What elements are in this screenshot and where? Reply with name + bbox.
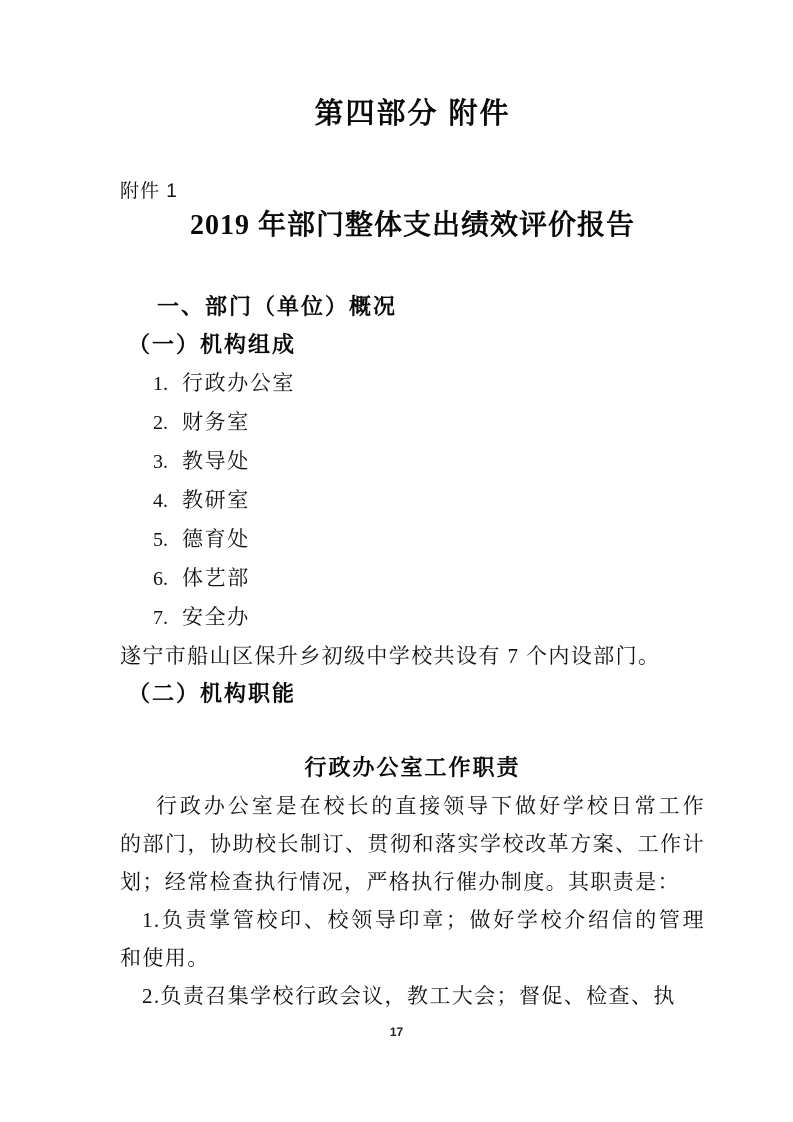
org-item-number: 3. [153,443,168,481]
org-item-name: 财务室 [182,410,250,434]
duty-intro-line: 行政办公室是在校长的直接领导下做好学校日常工作 [120,787,705,825]
page-number: 17 [0,1024,793,1040]
org-item-number: 6. [153,560,168,598]
report-title: 2019 年部门整体支出绩效评价报告 [120,206,705,246]
org-item-number: 2. [153,404,168,442]
section-heading-overview: 一、部门（单位）概况 [120,288,705,326]
duty-item-1-line: 和使用。 [120,939,705,977]
org-list-item: 7.安全办 [120,598,705,637]
duty-intro-line: 划；经常检查执行情况，严格执行催办制度。其职责是： [120,863,705,901]
org-list-item: 4.教研室 [120,481,705,520]
org-item-name: 行政办公室 [182,371,295,395]
org-item-number: 5. [153,521,168,559]
org-item-name: 教研室 [182,488,250,512]
org-summary-line: 遂宁市船山区保升乡初级中学校共设有 7 个内设部门。 [120,637,705,675]
duty-item-2-line: 2.负责召集学校行政会议，教工大会；督促、检查、执 [120,977,705,1015]
org-item-name: 体艺部 [182,566,250,590]
org-item-name: 德育处 [182,527,250,551]
attachment-label: 附件 1 [120,178,705,206]
org-list-item: 3.教导处 [120,442,705,481]
part-heading: 第四部分 附件 [120,96,705,132]
duty-intro-line: 的部门，协助校长制订、贯彻和落实学校改革方案、工作计 [120,825,705,863]
org-item-name: 安全办 [182,605,250,629]
duty-section-title: 行政办公室工作职责 [120,749,705,787]
sub-heading-org-functions: （二）机构职能 [120,675,705,713]
duty-item-1-line: 1.负责掌管校印、校领导印章；做好学校介绍信的管理 [120,901,705,939]
org-list-item: 6.体艺部 [120,559,705,598]
org-list-item: 1.行政办公室 [120,364,705,403]
org-item-number: 1. [153,365,168,403]
sub-heading-org-composition: （一）机构组成 [120,326,705,364]
document-page: 第四部分 附件 附件 1 2019 年部门整体支出绩效评价报告 一、部门（单位）… [0,0,793,1122]
org-item-number: 4. [153,482,168,520]
org-item-name: 教导处 [182,449,250,473]
org-item-number: 7. [153,599,168,637]
org-list-item: 5.德育处 [120,520,705,559]
org-list-item: 2.财务室 [120,403,705,442]
